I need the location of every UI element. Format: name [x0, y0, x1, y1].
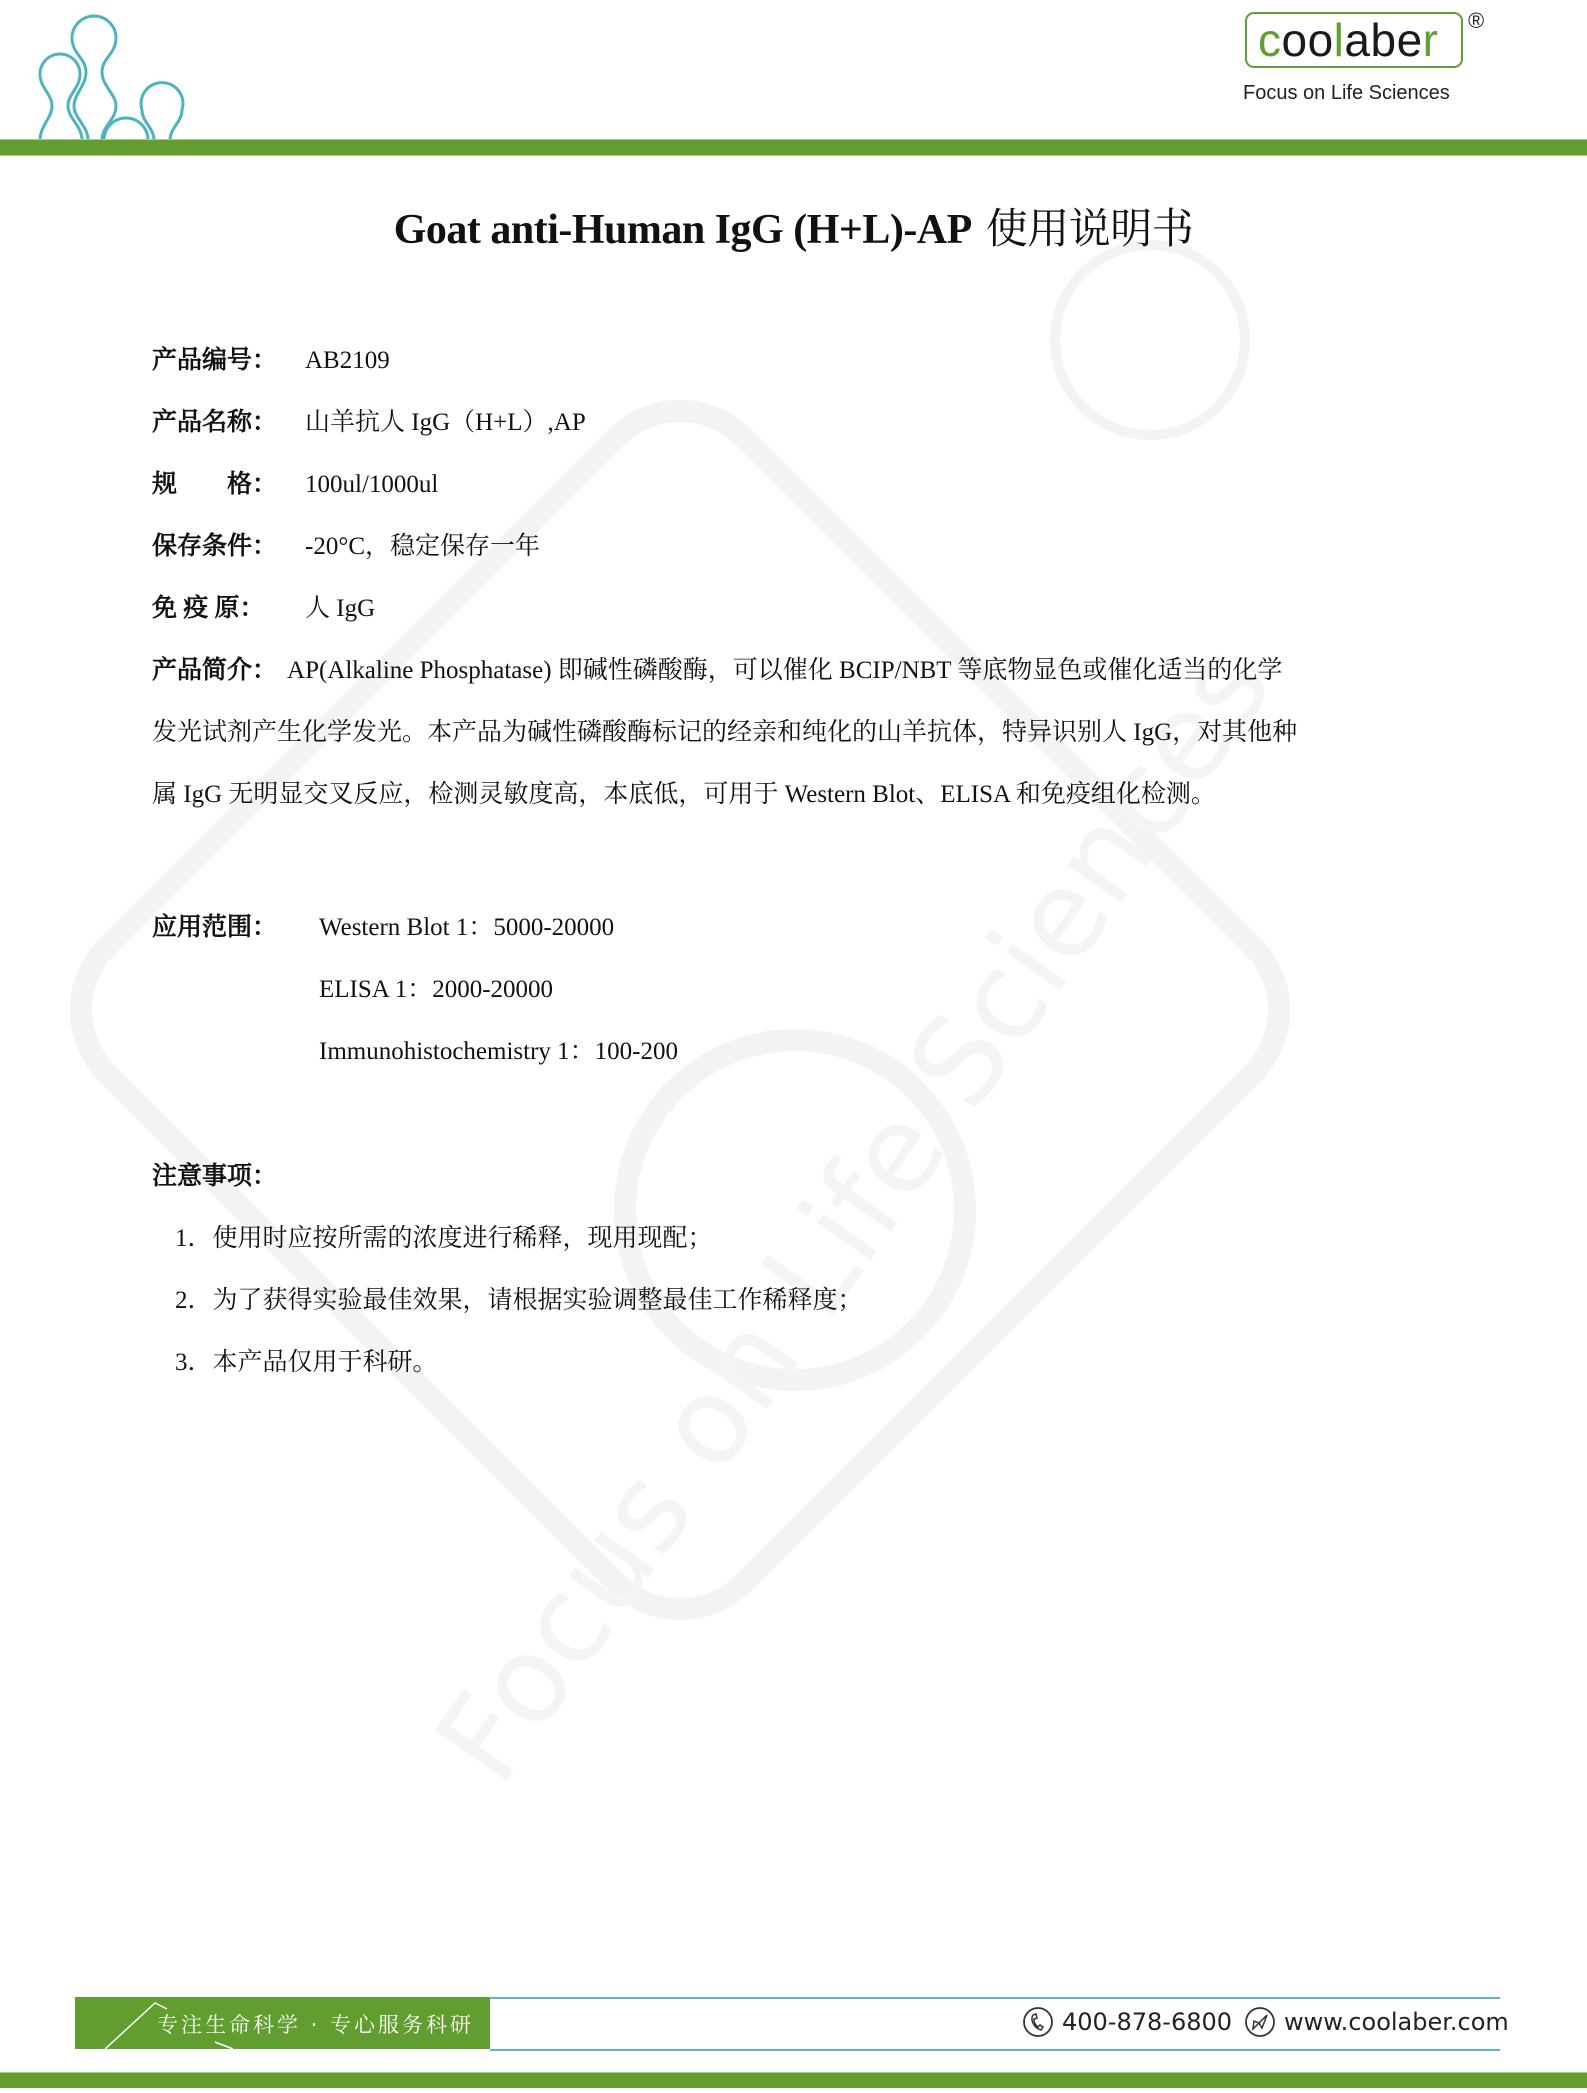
cursor-arrow-icon — [1244, 2006, 1276, 2038]
bubble-decoration-icon — [30, 8, 190, 140]
application-item: Immunohistochemistry 1：100-200 — [319, 1031, 678, 1067]
notes-title: 注意事项： — [152, 1156, 277, 1192]
field-value: AB2109 — [305, 347, 390, 374]
bottom-band — [0, 2072, 1587, 2088]
applications-label: 应用范围： — [152, 907, 277, 943]
product-intro: 产品简介：AP(Alkaline Phosphatase) 即碱性磷酸酶，可以催… — [152, 640, 1442, 826]
title-en: Goat anti-Human IgG (H+L)-AP — [394, 207, 972, 253]
field-label: 规 格： — [152, 470, 305, 500]
intro-line: 发光试剂产生化学发光。本产品为碱性磷酸酶标记的经亲和纯化的山羊抗体，特异识别人 … — [152, 702, 1442, 764]
field-value: 人 IgG — [305, 595, 375, 622]
field-value: -20°C，稳定保存一年 — [305, 533, 540, 560]
footer-website: www.coolaber.com — [1244, 2004, 1509, 2040]
intro-line: 产品简介：AP(Alkaline Phosphatase) 即碱性磷酸酶，可以催… — [152, 640, 1442, 702]
application-item: ELISA 1：2000-20000 — [319, 969, 553, 1005]
field-product-name: 产品名称：山羊抗人 IgG（H+L）,AP — [152, 408, 586, 438]
brand-tagline: Focus on Life Sciences — [1243, 82, 1450, 105]
field-label: 产品编号： — [152, 346, 305, 376]
field-label: 产品名称： — [152, 408, 305, 438]
field-specification: 规 格：100ul/1000ul — [152, 470, 438, 500]
title-cn: 使用说明书 — [986, 207, 1194, 253]
note-item: 2．为了获得实验最佳效果，请根据实验调整最佳工作稀释度； — [175, 1280, 863, 1316]
field-value: 100ul/1000ul — [305, 471, 438, 498]
header-band — [0, 139, 1587, 156]
field-product-code: 产品编号：AB2109 — [152, 346, 390, 376]
page-title: Goat anti-Human IgG (H+L)-AP使用说明书 — [0, 196, 1587, 256]
registered-mark: ® — [1468, 8, 1484, 34]
phone-number: 400-878-6800 — [1062, 2004, 1232, 2040]
note-item: 1．使用时应按所需的浓度进行稀释，现用现配； — [175, 1218, 713, 1254]
field-value: 山羊抗人 IgG（H+L）,AP — [305, 409, 586, 436]
phone-icon — [1022, 2006, 1054, 2038]
brand-logo: coolaber — [1258, 14, 1438, 66]
footer-phone: 400-878-6800 — [1022, 2004, 1232, 2040]
intro-line: 属 IgG 无明显交叉反应，检测灵敏度高，本底低，可用于 Western Blo… — [152, 764, 1442, 826]
footer-slogan: 专注生命科学 · 专心服务科研 — [157, 2009, 474, 2039]
field-label: 保存条件： — [152, 532, 305, 562]
website-link[interactable]: www.coolaber.com — [1284, 2004, 1509, 2040]
watermark-logo: Focus on Life Sciences — [0, 0, 1587, 2093]
field-storage: 保存条件：-20°C，稳定保存一年 — [152, 532, 540, 562]
field-label: 免 疫 原： — [152, 594, 305, 624]
field-immunogen: 免 疫 原：人 IgG — [152, 594, 375, 624]
note-item: 3．本产品仅用于科研。 — [175, 1342, 438, 1378]
application-item: Western Blot 1：5000-20000 — [319, 907, 614, 943]
